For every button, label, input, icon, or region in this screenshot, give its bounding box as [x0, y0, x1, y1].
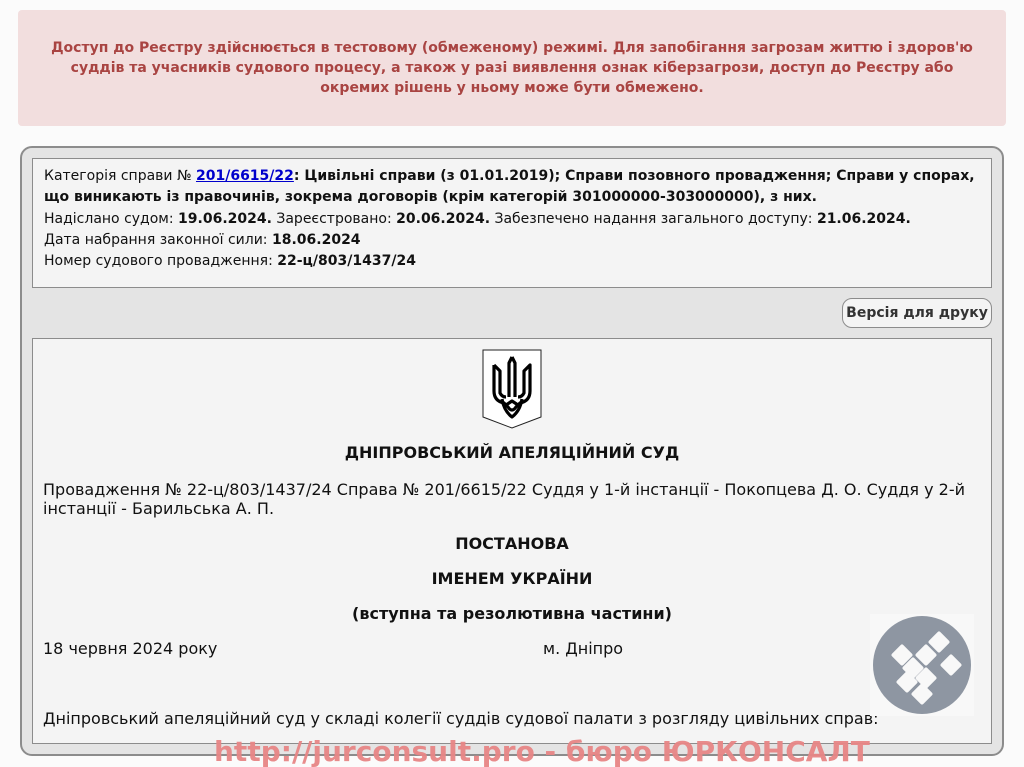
watermark-logo: [870, 614, 974, 716]
alert-text: Доступ до Реєстру здійснюється в тестово…: [36, 38, 988, 98]
effective-date-row: Дата набрання законної сили: 18.06.2024: [44, 230, 980, 251]
access-warning-alert: Доступ до Реєстру здійснюється в тестово…: [18, 10, 1006, 126]
court-name: ДНІПРОВСЬКИЙ АПЕЛЯЦІЙНИЙ СУД: [33, 443, 991, 462]
proceeding-details: Провадження № 22-ц/803/1437/24 Справа № …: [43, 480, 981, 518]
registered-date: 20.06.2024.: [396, 211, 490, 227]
case-category: Категорія справи № 201/6615/22: Цивільні…: [44, 166, 980, 209]
decision-document: ДНІПРОВСЬКИЙ АПЕЛЯЦІЙНИЙ СУД Провадження…: [32, 338, 992, 744]
document-subtitle: ІМЕНЕМ УКРАЇНИ: [33, 569, 991, 588]
document-part: (вступна та резолютивна частини): [33, 604, 991, 623]
case-dates: Надіслано судом: 19.06.2024. Зареєстрова…: [44, 209, 980, 230]
access-date: 21.06.2024.: [817, 211, 911, 227]
sent-date: 19.06.2024.: [178, 211, 272, 227]
ukraine-trident-emblem-icon: [482, 349, 542, 429]
proceeding-number-row: Номер судового провадження: 22-ц/803/143…: [44, 251, 980, 272]
puzzle-logo-icon: [870, 614, 974, 716]
document-title: ПОСТАНОВА: [33, 534, 991, 553]
watermark-text: http://jurconsult.pro - бюро ЮРКОНСАЛТ: [214, 734, 870, 767]
case-number-link[interactable]: 201/6615/22: [196, 168, 294, 184]
decision-city: м. Дніпро: [543, 639, 623, 658]
court-composition: Дніпровський апеляційний суд у складі ко…: [43, 709, 879, 728]
decision-date: 18 червня 2024 року: [43, 639, 217, 658]
effective-date: 18.06.2024: [272, 232, 361, 248]
print-version-button[interactable]: Версія для друку: [842, 298, 992, 328]
proceeding-number: 22-ц/803/1437/24: [277, 253, 416, 269]
case-info-panel: Категорія справи № 201/6615/22: Цивільні…: [32, 158, 992, 288]
